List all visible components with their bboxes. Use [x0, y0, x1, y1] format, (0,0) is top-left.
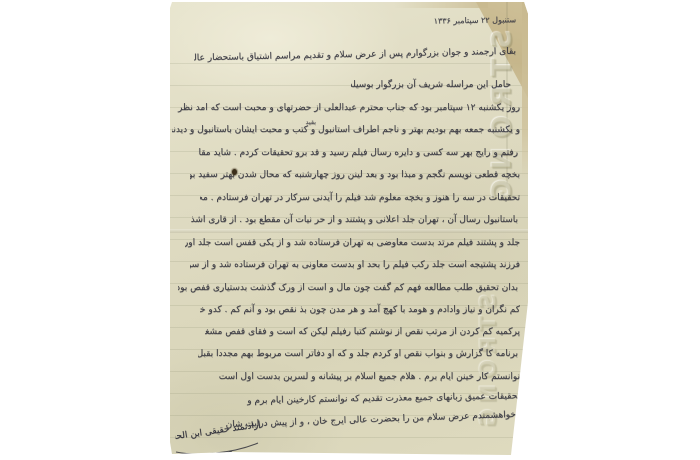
handwritten-line: فرزند پشتیجه است جلد رکب فیلم را بحد او … — [190, 258, 520, 272]
handwritten-line: تحقیقات در سه را هنوز و بخچه معلوم شد فی… — [200, 191, 520, 205]
handwritten-line: روز یکشنبه ۱۲ سپتامبر بود که جناب محترم … — [175, 101, 520, 115]
scanned-letter-screenshot: STRONG STRONG ستنبول ۲۲ سپتامبر ۱۳۳۶ بقا… — [0, 0, 700, 460]
handwritten-line: حامل این مراسله شریف آن بزرگوار بوسیله ک… — [351, 78, 511, 92]
handwritten-line: خواهشمندم عرض سلام من را بحضرت عالی ایرج… — [226, 408, 516, 432]
handwritten-line: رفتم و رایج بهر سه کسی و دایره رسال فیلم… — [198, 146, 518, 160]
handwritten-line: پرکمیه کم کردن از مرتب نقص از نوشتم کتبا… — [205, 325, 520, 339]
handwritten-line: جلد و پشتند فیلم مرتد بدست معاوضی به تهر… — [185, 236, 520, 250]
tanned-right-edge — [522, 2, 528, 180]
date-line: ستنبول ۲۲ سپتامبر ۱۳۳۶ — [424, 13, 516, 29]
handwritten-line: باستانبول رسال آن ، تهران جلد اعلانی و پ… — [188, 213, 518, 227]
handwritten-line: بخچه قطعی نویسم نگجم و مبذا بود و بعد لی… — [190, 168, 520, 182]
handwritten-line: کم نگران و نیاز وادادم و هومد با کهچ آمد… — [200, 303, 520, 317]
horizontal-fold-crease — [170, 229, 528, 233]
tanned-top-edge — [393, 2, 488, 8]
ink-blot — [232, 169, 237, 175]
handwritten-line: نوانستم کار خینن ایام برم . هلام جمیع اس… — [176, 370, 520, 384]
handwritten-line: برنامه کا گزارش و بنواب نقص او کردم جلد … — [198, 347, 518, 361]
handwritten-line: بدان تحقیق طلب مطالعه فهم کم گفت چون مال… — [178, 281, 518, 295]
signature: ارادتمند حقیقی ابن الحسین جعفر — [175, 420, 262, 442]
salutation-line: بقای ارجمند و جوان بزرگوارم پس از عرض سل… — [194, 45, 516, 66]
handwritten-line: و یکشنبه جمعه بهم بودیم بهتر و ناجم اطرا… — [172, 123, 520, 137]
handwritten-line: تحقیقات عمیق زبانهای جمیع معذرت تقدیم که… — [220, 389, 520, 408]
letter-page: STRONG STRONG ستنبول ۲۲ سپتامبر ۱۳۳۶ بقا… — [170, 2, 528, 455]
signature-flourish — [172, 440, 264, 456]
